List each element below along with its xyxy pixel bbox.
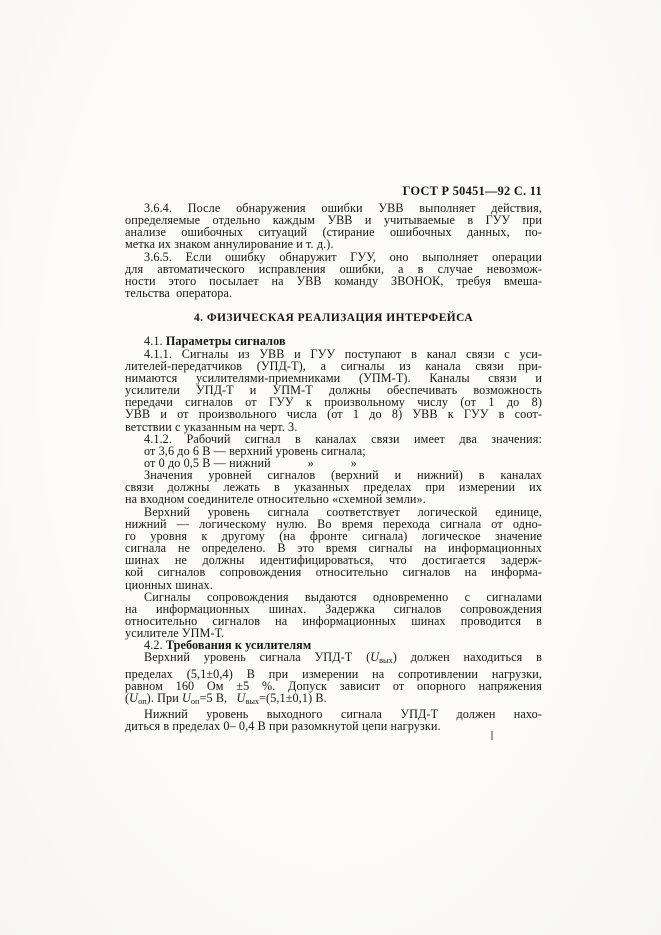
text-segment: U [129, 691, 138, 705]
paragraph-3-6-4: 3.6.4. После обнаружения ошибки УВВ выпо… [125, 202, 542, 251]
paragraph-4-1-2: 4.1.2. Рабочий сигнал в каналах связи им… [125, 433, 542, 469]
text-segment: Верхний уровень сигнала УПД-Т ( [144, 650, 370, 664]
text-segment: 4. ФИЗИЧЕСКАЯ РЕАЛИЗАЦИЯ ИНТЕРФЕЙСА [194, 312, 473, 324]
text-line: 4. ФИЗИЧЕСКАЯ РЕАЛИЗАЦИЯ ИНТЕРФЕЙСА [125, 312, 542, 324]
text-segment: диться в пределах 0– 0,4 В при разомкнут… [125, 719, 441, 733]
text-segment: U [370, 650, 379, 664]
paragraph-signal-levels: Значения уровней сигналов (верхний и ниж… [125, 469, 542, 505]
paragraph-upd-t-upper-level: Верхний уровень сигнала УПД-Т (Uвых) дол… [125, 651, 542, 708]
paragraph-upd-t-lower-level: Нижний уровень выходного сигнала УПД-Т д… [125, 708, 542, 732]
scan-artifact [491, 731, 493, 740]
document-page: ГОСТ Р 50451—92 С. 11 3.6.4. После обнар… [0, 0, 661, 935]
section-4-heading: 4. ФИЗИЧЕСКАЯ РЕАЛИЗАЦИЯ ИНТЕРФЕЙСА [125, 312, 542, 324]
text-segment: ) должен находиться в [393, 650, 542, 664]
subscript: оп [138, 697, 147, 706]
text-segment: =5 В, [200, 691, 237, 705]
paragraph-4-1-1: 4.1.1. Сигналы из УВВ и ГУУ поступают в … [125, 348, 542, 433]
text-line: диться в пределах 0– 0,4 В при разомкнут… [125, 720, 542, 732]
paragraph-3-6-5: 3.6.5. Если ошибку обнаружит ГУУ, оно вы… [125, 251, 542, 300]
text-line: тельства оператора. [125, 287, 542, 299]
text-segment: ). При [147, 691, 182, 705]
paragraph-logic-levels: Верхний уровень сигнала соответствует ло… [125, 506, 542, 591]
document-body: 3.6.4. После обнаружения ошибки УВВ выпо… [125, 202, 542, 732]
subscript: вых [245, 697, 259, 706]
text-segment: тельства оператора. [125, 286, 232, 300]
text-segment: =(5,1±0,1) В. [259, 691, 327, 705]
page-header: ГОСТ Р 50451—92 С. 11 [125, 184, 542, 199]
subscript: оп [191, 697, 200, 706]
text-line: (Uоп). При Uоп=5 В, Uвых=(5,1±0,1) В. [125, 692, 542, 708]
paragraph-accompanying-signals: Сигналы сопровождения выдаются одновреме… [125, 591, 542, 640]
text-segment: U [182, 691, 191, 705]
text-line: Верхний уровень сигнала УПД-Т (Uвых) дол… [125, 651, 542, 667]
subscript: вых [379, 656, 393, 665]
